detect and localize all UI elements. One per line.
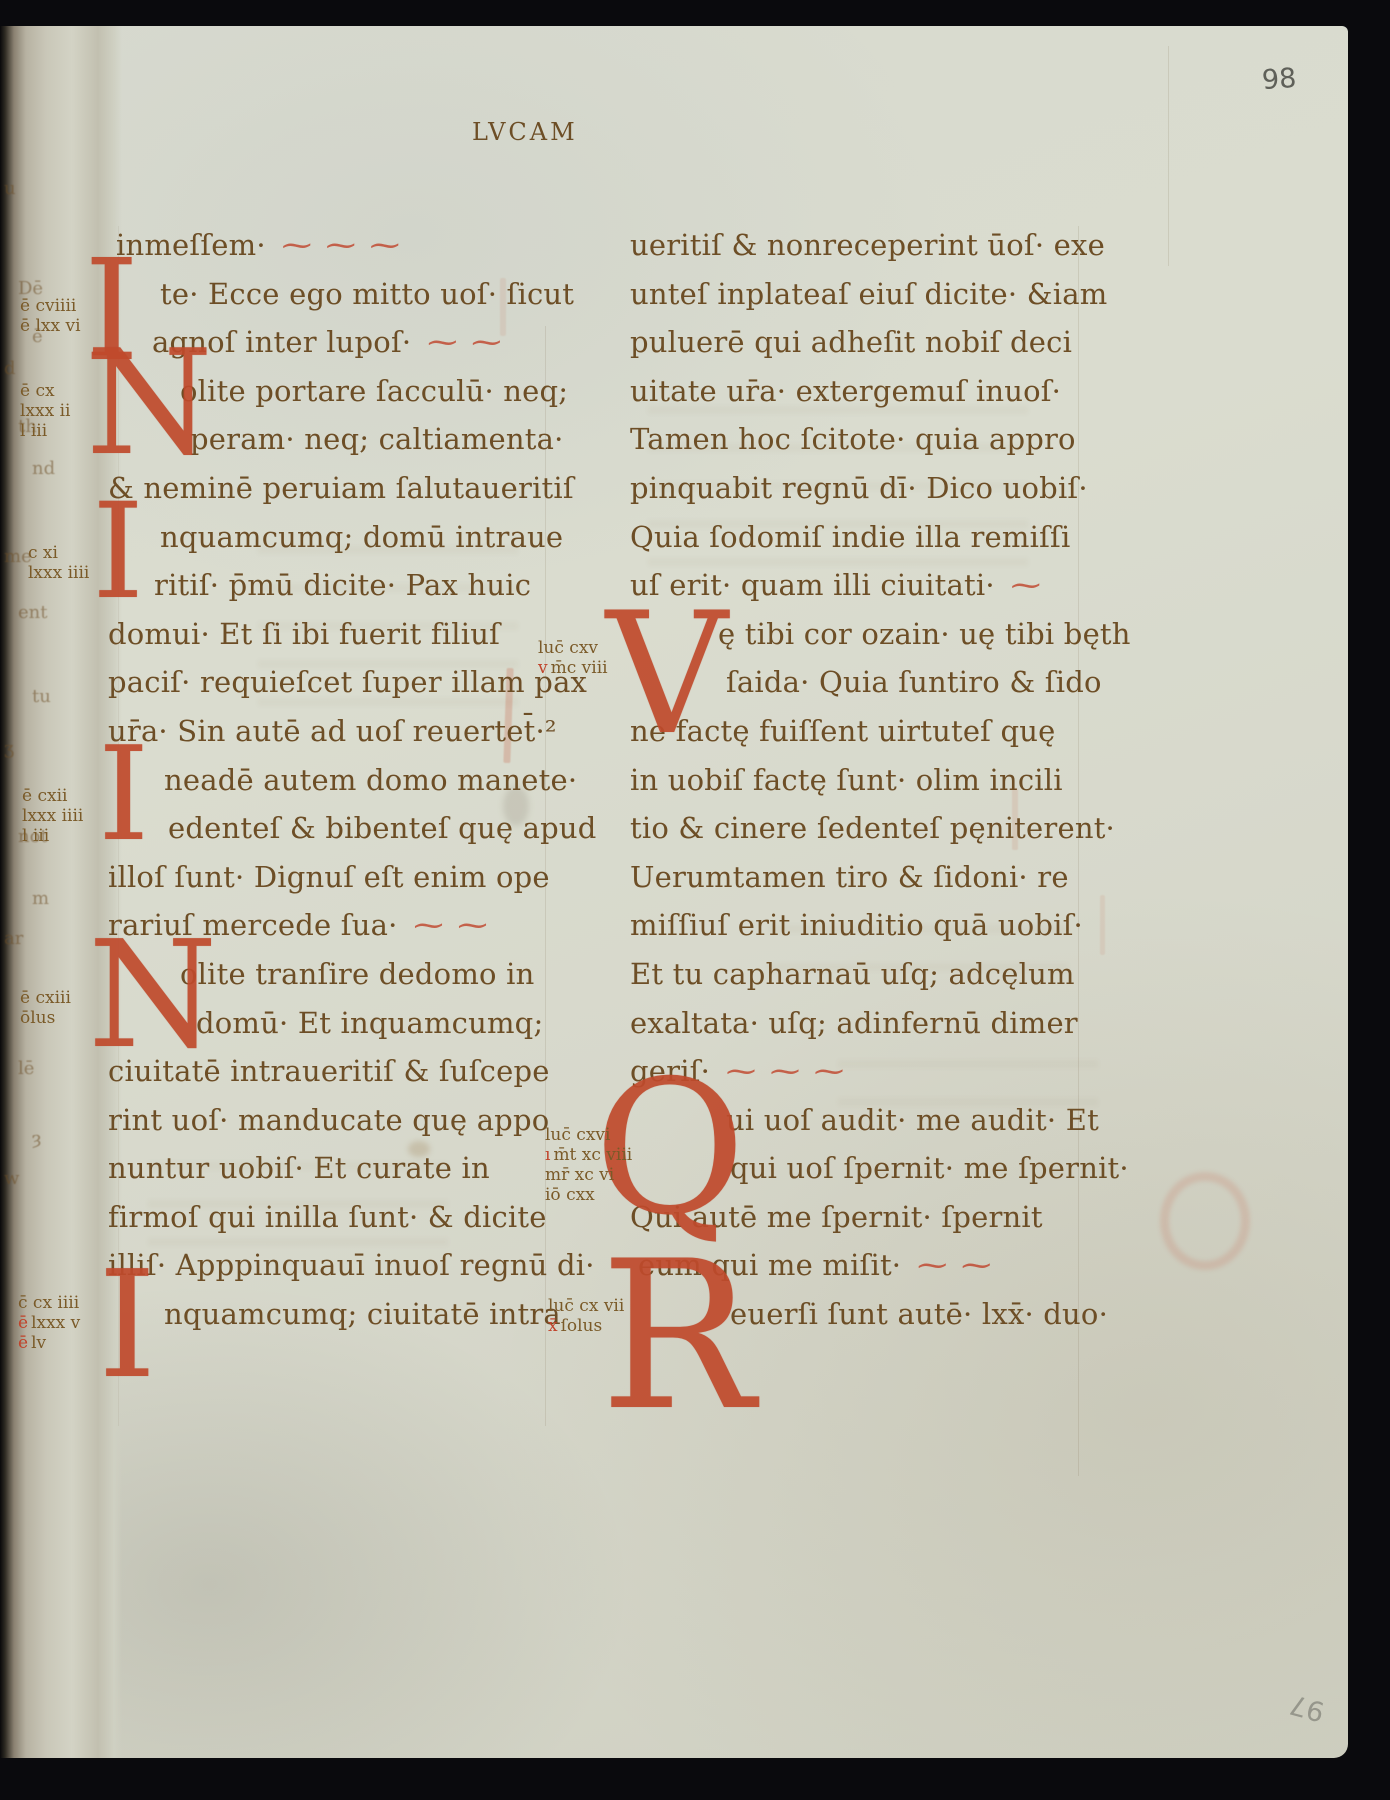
- gutter-fragment: lē: [18, 1058, 34, 1079]
- note-line: x̄ſolus: [548, 1316, 624, 1336]
- note-line: ē cx: [20, 381, 70, 401]
- running-title: LVCAM: [472, 118, 578, 146]
- note-line: lxxx iiii: [22, 806, 83, 826]
- line-text: nquamcumq; ciuitatē intra: [164, 1297, 561, 1331]
- line-text: ui uoſ audit· me audit· Et: [726, 1103, 1099, 1137]
- text-line: illiſ· Apppinquauī inuoſ regnū di·: [108, 1248, 553, 1297]
- note-line: vm̄c viii: [538, 658, 608, 678]
- line-text: ſaida· Quia ſuntiro & ſido: [726, 665, 1102, 699]
- note-text: l iii: [22, 826, 49, 846]
- line-text: ueritiſ & nonreceperint ūoſ· exe: [630, 228, 1105, 262]
- text-line: uitate ur̄a· extergemuſ inuoſ·: [630, 374, 1100, 423]
- note-red-mark: ē: [18, 1313, 28, 1333]
- concordance-note-margin: c̄ cx iiiiēlxxx vēlv: [18, 1293, 80, 1353]
- rubric-initial-N: N: [86, 352, 213, 456]
- note-line: ēlxxx v: [18, 1313, 80, 1333]
- line-text: euerſi ſunt autē· lxx̄· duo·: [730, 1297, 1108, 1331]
- text-line: te· Ecce ego mitto uoſ· ſicut: [108, 277, 553, 326]
- red-line-filler: ⁓: [917, 1248, 945, 1283]
- red-line-filler: ⁓: [814, 1054, 842, 1089]
- note-line: lxxx iiii: [28, 563, 89, 583]
- line-text: unteſ inplateaſ eiuſ dicite· &iam: [630, 277, 1107, 311]
- text-line: domui· Et ſi ibi fuerit filiuſ: [108, 617, 553, 666]
- note-text: c xi: [28, 543, 58, 563]
- rubric-initial-I: I: [92, 505, 144, 600]
- red-line-filler: ⁓: [326, 228, 354, 263]
- gutter-fragment: ȝ: [32, 1128, 41, 1149]
- red-line-filler: ⁓: [370, 228, 398, 263]
- note-line: l iii: [20, 421, 70, 441]
- note-line: c̄ cx iiii: [18, 1293, 80, 1313]
- note-line: ēlv: [18, 1333, 80, 1353]
- line-text: rint uoſ· manducate quę appo: [108, 1103, 549, 1137]
- text-line: nquamcumq; ciuitatē intra: [108, 1297, 553, 1346]
- text-line: miſſiuſ erit iniuditio quā uobiſ·: [630, 908, 1100, 957]
- line-text: edenteſ & bibenteſ quę apud: [168, 811, 597, 845]
- gutter-fragment: w: [4, 1168, 19, 1189]
- red-line-filler: ⁓: [282, 228, 310, 263]
- concordance-note-margin: c xilxxx iiii: [28, 543, 89, 583]
- note-line: lxxx ii: [20, 401, 70, 421]
- line-text: domū· Et inquamcumq;: [196, 1006, 543, 1040]
- note-line: luc̄ cxvi: [545, 1125, 632, 1145]
- note-line: l iii: [22, 826, 83, 846]
- line-text: nuntur uobiſ· Et curate in: [108, 1151, 490, 1185]
- note-text: lxxx ii: [20, 401, 70, 421]
- rubric-initial-N: N: [88, 942, 218, 1049]
- red-showthrough-ring: [1160, 1172, 1250, 1270]
- line-text: illiſ· Apppinquauī inuoſ regnū di·: [108, 1248, 595, 1282]
- note-line: ē cxii: [22, 786, 83, 806]
- red-line-filler: ⁓: [471, 325, 499, 360]
- rubric-initial-I: I: [98, 748, 149, 842]
- note-text: ōlus: [20, 1008, 55, 1028]
- text-line: firmoſ qui inilla ſunt· & dicite: [108, 1200, 553, 1249]
- note-text: lxxx iiii: [28, 563, 89, 583]
- line-text: tio & cinere ſedenteſ pęniterent·: [630, 811, 1115, 845]
- note-line: ım̄t xc viii: [545, 1145, 632, 1165]
- line-text: olite tranſire dedomo in: [180, 957, 534, 991]
- concordance-note-gutter: luc̄ cxvvm̄c viii: [538, 638, 608, 678]
- gutter-fragment: d: [4, 358, 16, 379]
- note-text: m̄t xc viii: [553, 1145, 632, 1165]
- note-line: ē cxiii: [20, 988, 71, 1008]
- line-text: Tamen hoc ſcitote· quia appro: [630, 422, 1076, 456]
- note-red-mark: v: [538, 658, 548, 678]
- note-text: ē cx: [20, 381, 55, 401]
- text-line: rint uoſ· manducate quę appo: [108, 1103, 553, 1152]
- text-line: nuntur uobiſ· Et curate in: [108, 1151, 553, 1200]
- note-text: luc̄ cxvi: [545, 1125, 610, 1145]
- line-text: firmoſ qui inilla ſunt· & dicite: [108, 1200, 547, 1234]
- note-text: mr̄ xc vi: [545, 1165, 614, 1185]
- line-text: miſſiuſ erit iniuditio quā uobiſ·: [630, 908, 1083, 942]
- note-line: luc̄ cx vii: [548, 1296, 624, 1316]
- red-line-filler: ⁓: [1011, 568, 1039, 603]
- note-line: luc̄ cxv: [538, 638, 608, 658]
- red-line-filler: ⁓: [427, 325, 455, 360]
- red-flourish: [1100, 895, 1105, 955]
- note-text: ſolus: [561, 1316, 603, 1336]
- text-line: nquamcumq; domū intraue: [108, 520, 553, 569]
- manuscript-photo: uDēēdthndmeenttuʒnotmarlēȝw LVCAM 98 97 …: [0, 0, 1390, 1800]
- text-line: Et tu capharnaū uſq; adcęlum: [630, 957, 1100, 1006]
- note-text: luc̄ cx vii: [548, 1296, 624, 1316]
- text-line: illoſ ſunt· Dignuſ eſt enim ope: [108, 860, 553, 909]
- text-line: Quia ſodomiſ indie illa remiſſi: [630, 520, 1100, 569]
- concordance-note-margin: ē cxiilxxx iiiil iii: [22, 786, 83, 846]
- line-text: neadē autem domo manete·: [164, 763, 577, 797]
- line-text: peram· neq; caltiamenta·: [190, 422, 564, 456]
- note-text: iō cxx: [545, 1185, 595, 1205]
- text-line: unteſ inplateaſ eiuſ dicite· &iam: [630, 277, 1100, 326]
- note-line: ōlus: [20, 1008, 71, 1028]
- line-text: pinquabit regnū dī· Dico uobiſ·: [630, 471, 1088, 505]
- line-text: qui uoſ ſpernit· me ſpernit·: [730, 1151, 1129, 1185]
- note-text: m̄c viii: [551, 658, 608, 678]
- text-line: Uerumtamen tiro & ſidoni· re: [630, 860, 1100, 909]
- gutter-fragment: m: [32, 888, 49, 909]
- note-text: ē cxii: [22, 786, 67, 806]
- gutter-fragment: nd: [32, 458, 55, 479]
- red-line-filler: ⁓: [458, 908, 486, 943]
- line-text: Uerumtamen tiro & ſidoni· re: [630, 860, 1069, 894]
- note-text: lv: [31, 1333, 46, 1353]
- rubric-initial-R: R: [600, 1264, 754, 1412]
- line-text: exaltata· uſq; adinfernū dimer: [630, 1006, 1078, 1040]
- note-text: l iii: [20, 421, 47, 441]
- text-line: inmeſſem·⁓⁓⁓: [108, 228, 553, 277]
- line-text: uitate ur̄a· extergemuſ inuoſ·: [630, 374, 1061, 408]
- note-text: ē lxx vi: [20, 316, 81, 336]
- line-text: ę tibi cor ozain· uę tibi bęth: [718, 617, 1131, 651]
- note-text: ē cviiii: [20, 296, 76, 316]
- line-text: Et tu capharnaū uſq; adcęlum: [630, 957, 1075, 991]
- line-text: domui· Et ſi ibi fuerit filiuſ: [108, 617, 500, 651]
- text-line: paciſ· requieſcet ſuper illam pax: [108, 665, 553, 714]
- text-line: tio & cinere ſedenteſ pęniterent·: [630, 811, 1100, 860]
- line-text: ritiſ· p̄mū dicite· Pax huic: [154, 568, 531, 602]
- red-line-filler: ⁓: [770, 1054, 798, 1089]
- gutter-fragment: tu: [32, 686, 51, 707]
- concordance-note-gutter: luc̄ cx viix̄ſolus: [548, 1296, 624, 1336]
- note-text: ē cxiii: [20, 988, 71, 1008]
- rubric-initial-I: I: [98, 1272, 156, 1379]
- note-line: mr̄ xc vi: [545, 1165, 632, 1185]
- note-text: lxxx v: [31, 1313, 80, 1333]
- text-line: Tamen hoc ſcitote· quia appro: [630, 422, 1100, 471]
- rubric-initial-V: V: [606, 614, 727, 735]
- concordance-note-margin: ē cviiiiē lxx vi: [20, 296, 81, 336]
- concordance-note-margin: ē cxiiiōlus: [20, 988, 71, 1028]
- note-line: ē lxx vi: [20, 316, 81, 336]
- note-text: lxxx iiii: [22, 806, 83, 826]
- gutter-fragment: ʒ: [4, 738, 14, 759]
- note-line: iō cxx: [545, 1185, 632, 1205]
- text-line: puluerē qui adheſit nobiſ deci: [630, 325, 1100, 374]
- gutter-fragment: ent: [18, 602, 47, 623]
- line-text: te· Ecce ego mitto uoſ· ſicut: [160, 277, 574, 311]
- note-line: c xi: [28, 543, 89, 563]
- concordance-note-margin: ē cxlxxx iil iii: [20, 381, 70, 441]
- text-line: ritiſ· p̄mū dicite· Pax huic: [108, 568, 553, 617]
- line-text: ur̄a· Sin autē ad uoſ reuertet̄·²: [108, 714, 557, 748]
- text-line: neadē autem domo manete·: [108, 763, 553, 812]
- text-line: edenteſ & bibenteſ quę apud: [108, 811, 553, 860]
- note-line: ē cviiii: [20, 296, 81, 316]
- note-red-mark: ē: [18, 1333, 28, 1353]
- note-text: c̄ cx iiii: [18, 1293, 79, 1313]
- text-line: ueritiſ & nonreceperint ūoſ· exe: [630, 228, 1100, 277]
- red-line-filler: ⁓: [414, 908, 442, 943]
- line-text: puluerē qui adheſit nobiſ deci: [630, 325, 1072, 359]
- line-text: olite portare ſacculū· neq;: [180, 374, 568, 408]
- note-red-mark: ı: [545, 1145, 550, 1165]
- text-line: ur̄a· Sin autē ad uoſ reuertet̄·²: [108, 714, 553, 763]
- folio-number: 98: [1261, 63, 1297, 96]
- line-text: illoſ ſunt· Dignuſ eſt enim ope: [108, 860, 550, 894]
- line-text: paciſ· requieſcet ſuper illam pax: [108, 665, 587, 699]
- text-line: pinquabit regnū dī· Dico uobiſ·: [630, 471, 1100, 520]
- note-red-mark: x̄: [548, 1316, 558, 1336]
- line-text: nquamcumq; domū intraue: [160, 520, 563, 554]
- ruling-line: [1168, 46, 1169, 266]
- gutter-fragment: ar: [4, 928, 23, 949]
- concordance-note-gutter: luc̄ cxviım̄t xc viiimr̄ xc viiō cxx: [545, 1125, 632, 1205]
- line-text: Quia ſodomiſ indie illa remiſſi: [630, 520, 1070, 554]
- red-line-filler: ⁓: [961, 1248, 989, 1283]
- note-text: luc̄ cxv: [538, 638, 598, 658]
- gutter-fragment: u: [4, 178, 16, 199]
